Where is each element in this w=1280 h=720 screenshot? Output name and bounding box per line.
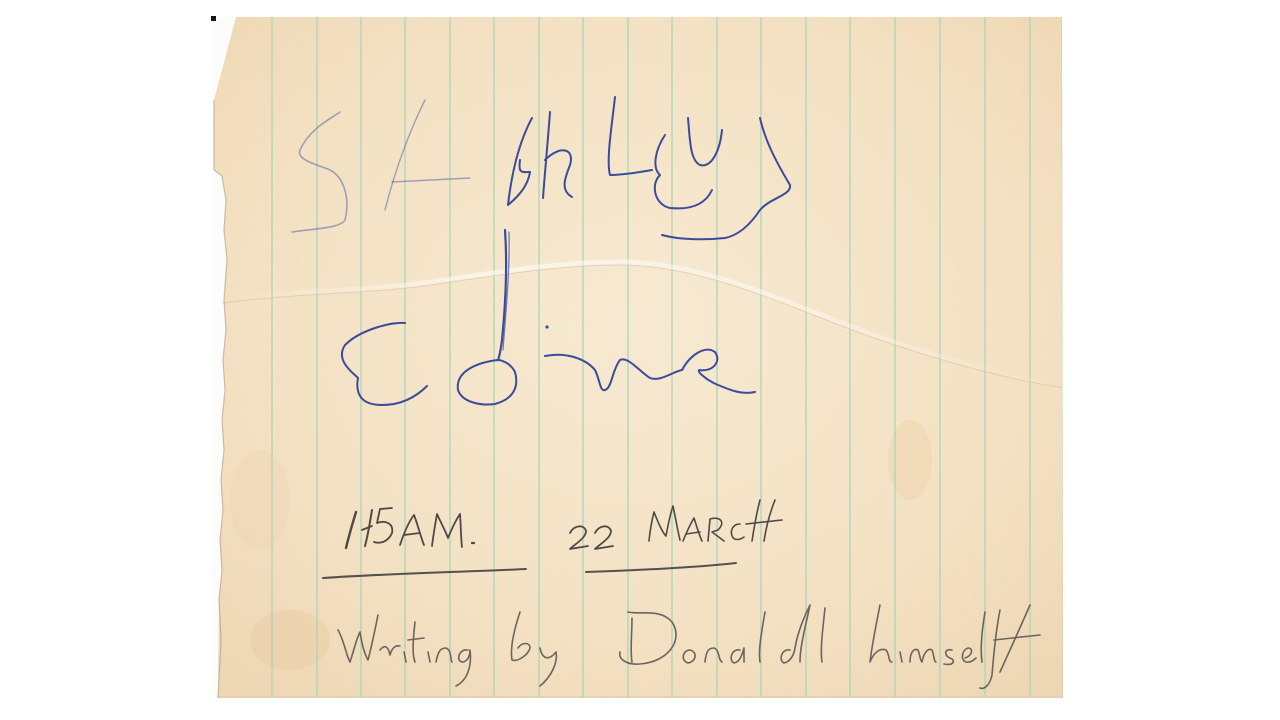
handwritten-note-photo — [0, 0, 1280, 720]
photo-stage: SHERLEY Clive 1-15 AM. 22 MARCH Writing … — [0, 0, 1280, 720]
paper-sheet — [212, 17, 1064, 699]
stain — [230, 450, 290, 550]
stain — [250, 610, 330, 670]
